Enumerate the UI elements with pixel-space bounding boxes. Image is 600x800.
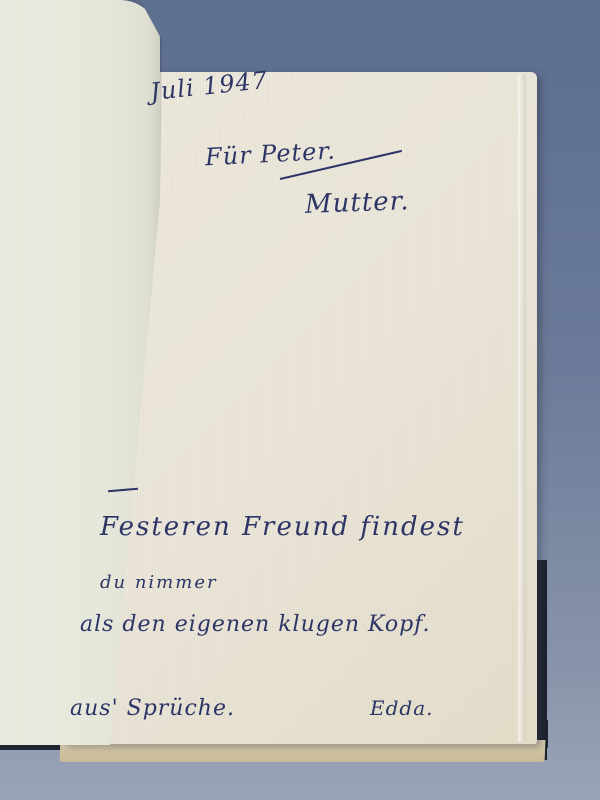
quote-line-3: als den eigenen klugen Kopf.	[80, 612, 431, 637]
quote-line-1: Festeren Freund findest	[100, 512, 465, 542]
quote-source-left: aus' Sprüche.	[70, 696, 235, 721]
inscription-signature: Mutter.	[305, 186, 410, 220]
right-page-edge	[518, 74, 526, 742]
quote-line-2: du nimmer	[100, 572, 218, 593]
quote-source-right: Edda.	[370, 696, 434, 720]
